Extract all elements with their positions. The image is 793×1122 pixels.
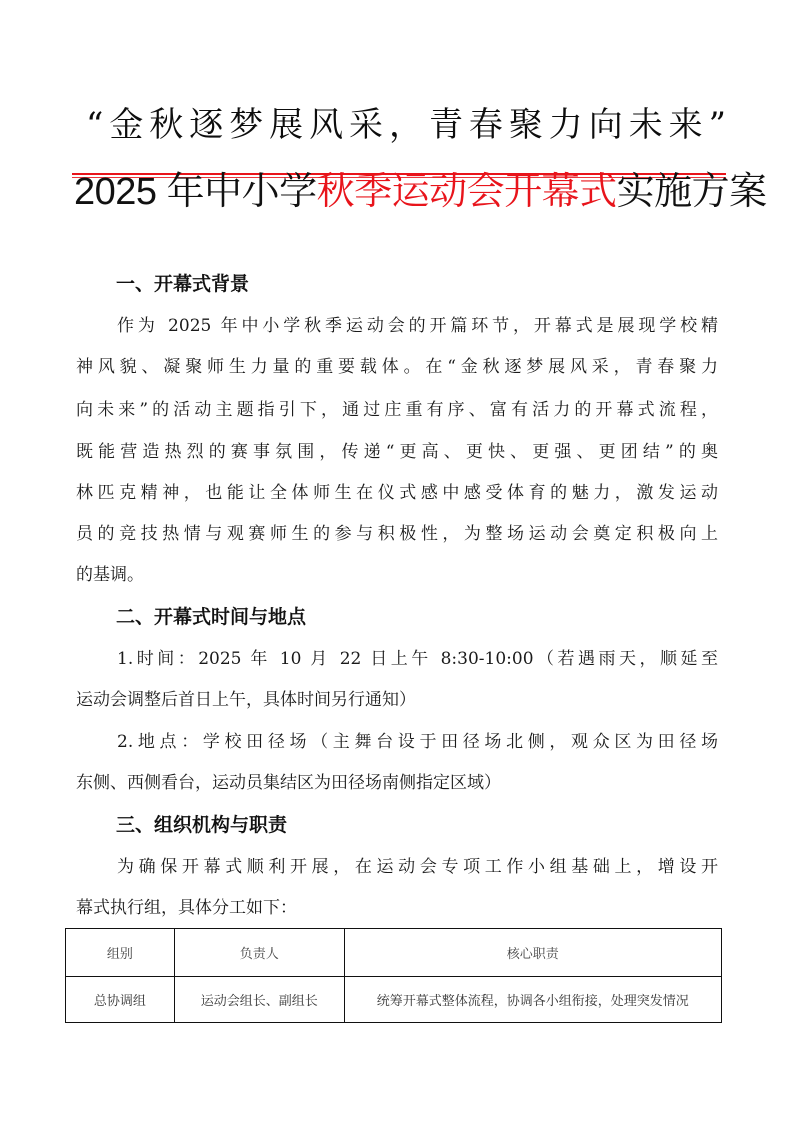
column-header-group: 组别 bbox=[66, 929, 175, 977]
title-main-year-part: 2025 年中小学 bbox=[74, 171, 317, 213]
paragraph-line: 1.时间：2025 年 10 月 22 日上午 8:30-10:00（若遇雨天，… bbox=[117, 645, 718, 673]
cell-owner: 运动会组长、副组长 bbox=[174, 977, 344, 1023]
table-row: 总协调组 运动会组长、副组长 统筹开幕式整体流程，协调各小组衔接，处理突发情况 bbox=[66, 977, 722, 1023]
paragraph-line: 神风貌、凝聚师生力量的重要载体。在“金秋逐梦展风采，青春聚力 bbox=[76, 353, 718, 381]
paragraph-line: 的基调。 bbox=[76, 561, 144, 589]
column-header-duties: 核心职责 bbox=[344, 929, 721, 977]
organization-table: 组别 负责人 核心职责 总协调组 运动会组长、副组长 统筹开幕式整体流程，协调各… bbox=[65, 928, 722, 1023]
document-page: “金秋逐梦展风采，青春聚力向未来” 2025 年中小学秋季运动会开幕式实施方案 … bbox=[0, 0, 793, 1122]
cell-group: 总协调组 bbox=[66, 977, 175, 1023]
title-main: 2025 年中小学秋季运动会开幕式实施方案 bbox=[74, 168, 722, 216]
table-header-row: 组别 负责人 核心职责 bbox=[66, 929, 722, 977]
paragraph-line: 运动会调整后首日上午，具体时间另行通知） bbox=[76, 686, 416, 714]
cell-duties: 统筹开幕式整体流程，协调各小组衔接，处理突发情况 bbox=[344, 977, 721, 1023]
title-slogan: “金秋逐梦展风采，青春聚力向未来” bbox=[86, 100, 726, 150]
title-main-tail-part: 实施方案 bbox=[617, 171, 767, 213]
section-heading-time-place: 二、开幕式时间与地点 bbox=[116, 603, 306, 631]
column-header-owner: 负责人 bbox=[174, 929, 344, 977]
section-heading-organization: 三、组织机构与职责 bbox=[116, 811, 287, 839]
paragraph-line: 林匹克精神，也能让全体师生在仪式感中感受体育的魅力，激发运动 bbox=[76, 479, 718, 507]
title-main-red-part: 秋季运动会开幕式 bbox=[317, 171, 617, 213]
paragraph-line: 为确保开幕式顺利开展，在运动会专项工作小组基础上，增设开 bbox=[117, 853, 718, 881]
paragraph-line: 东侧、西侧看台，运动员集结区为田径场南侧指定区域） bbox=[76, 769, 501, 797]
paragraph-line: 幕式执行组，具体分工如下： bbox=[76, 894, 297, 922]
section-heading-background: 一、开幕式背景 bbox=[116, 270, 249, 298]
paragraph-line: 2.地点：学校田径场（主舞台设于田径场北侧，观众区为田径场 bbox=[117, 728, 718, 756]
paragraph-line: 员的竞技热情与观赛师生的参与积极性，为整场运动会奠定积极向上 bbox=[76, 520, 718, 548]
paragraph-line: 既能营造热烈的赛事氛围，传递“更高、更快、更强、更团结”的奥 bbox=[76, 438, 718, 466]
paragraph-line: 作为 2025 年中小学秋季运动会的开篇环节，开幕式是展现学校精 bbox=[117, 312, 718, 340]
paragraph-line: 向未来”的活动主题指引下，通过庄重有序、富有活力的开幕式流程， bbox=[76, 396, 718, 424]
